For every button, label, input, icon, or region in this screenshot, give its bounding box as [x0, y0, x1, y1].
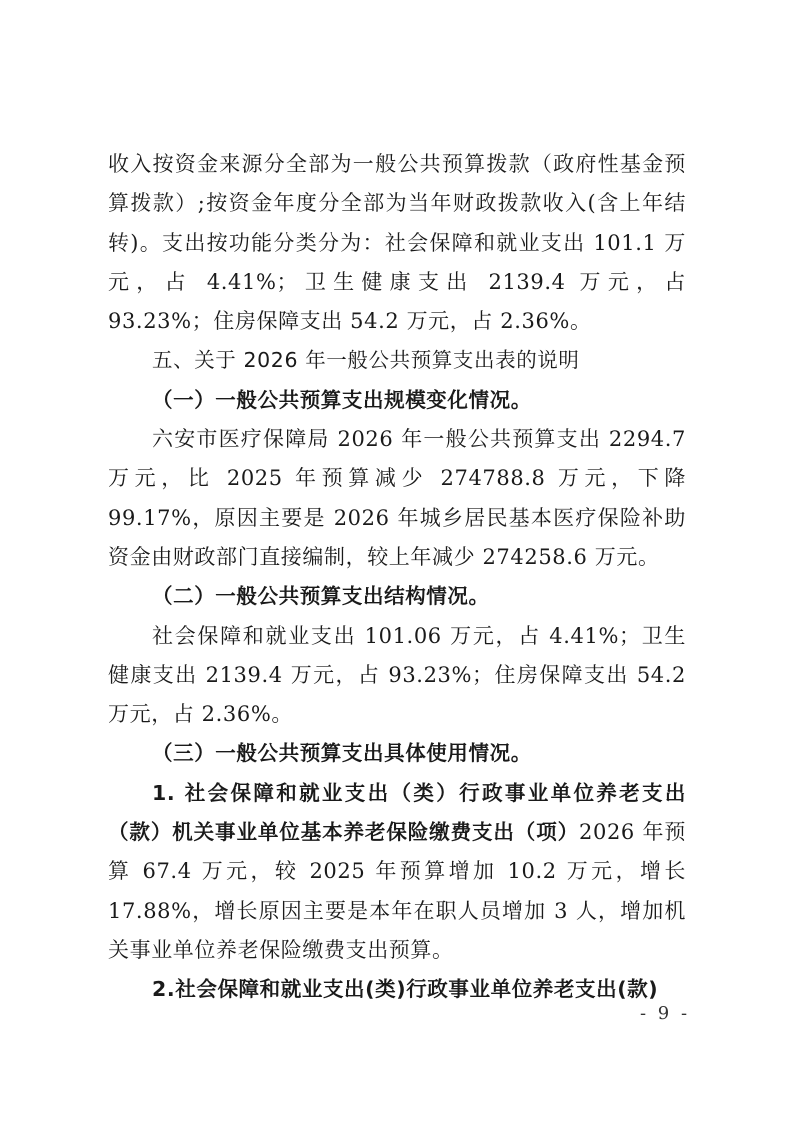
paragraph-scale-change: 六安市医疗保障局 2026 年一般公共预算支出 2294.7 万元，比 2025… — [108, 420, 686, 577]
subheading-structure: （二）一般公共预算支出结构情况。 — [108, 577, 686, 616]
subheading-scale-change: （一）一般公共预算支出规模变化情况。 — [108, 381, 686, 420]
document-body: 收入按资金来源分全部为一般公共预算拨款（政府性基金预算拨款）;按资金年度分全部为… — [108, 145, 686, 1010]
subheading-specific-use: （三）一般公共预算支出具体使用情况。 — [108, 734, 686, 773]
paragraph-structure: 社会保障和就业支出 101.06 万元，占 4.41%；卫生健康支出 2139.… — [108, 617, 686, 735]
document-page: 收入按资金来源分全部为一般公共预算拨款（政府性基金预算拨款）;按资金年度分全部为… — [0, 0, 793, 1122]
page-number: - 9 - — [640, 1003, 690, 1024]
paragraph-item-1: 1. 社会保障和就业支出（类）行政事业单位养老支出（款）机关事业单位基本养老保险… — [108, 774, 686, 970]
paragraph-item-2-title: 2.社会保障和就业支出(类)行政事业单位养老支出(款) — [108, 970, 686, 1009]
section-heading-5: 五、关于 2026 年一般公共预算支出表的说明 — [108, 341, 686, 380]
paragraph-income-expenditure-summary: 收入按资金来源分全部为一般公共预算拨款（政府性基金预算拨款）;按资金年度分全部为… — [108, 145, 686, 341]
